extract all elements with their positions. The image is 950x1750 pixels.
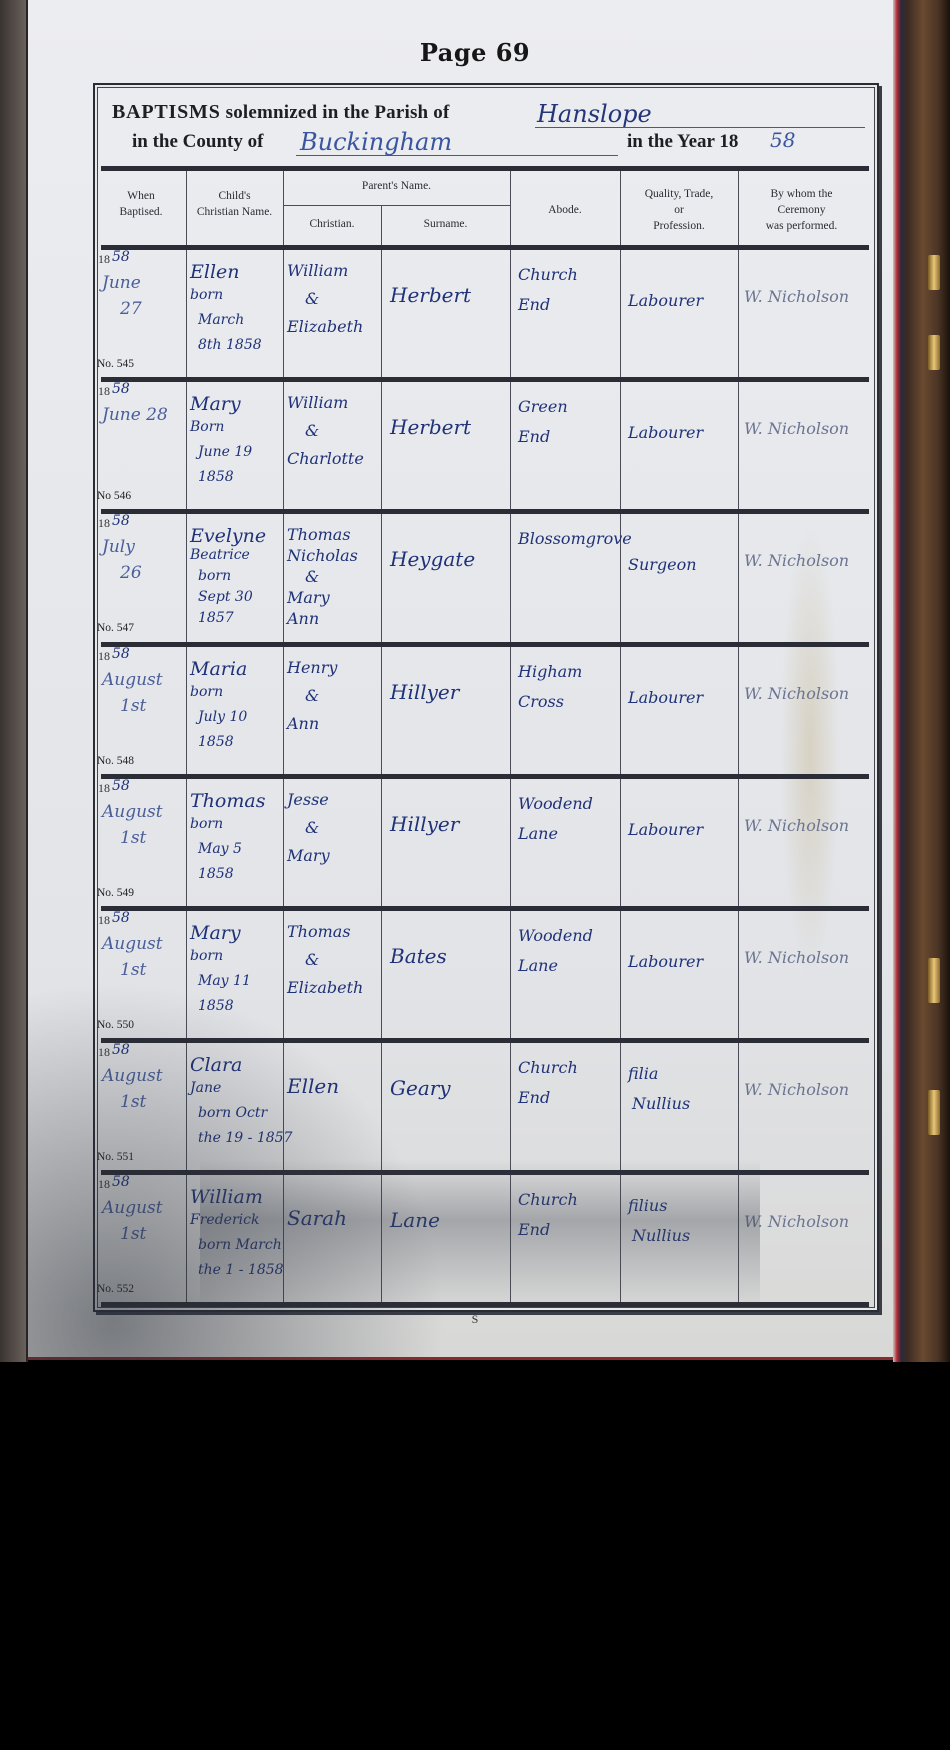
heading-parish-label: solemnized in the Parish of: [221, 102, 450, 123]
entry-abode: Blossomgrove: [518, 530, 632, 548]
column-divider: [381, 206, 382, 1306]
row-separator: [101, 642, 869, 647]
entry-child-name: 1857: [198, 610, 234, 626]
entry-parent-christian: Ann: [287, 715, 319, 733]
entry-year-handwritten: 58: [112, 646, 130, 662]
entry-number: No. 552: [97, 1283, 134, 1295]
entry-surname: Lane: [390, 1209, 440, 1232]
entry-parent-christian: Henry: [287, 659, 337, 677]
entry-year-handwritten: 58: [112, 1042, 130, 1058]
entry-surname: Hillyer: [390, 813, 459, 836]
entry-child-name: Clara: [190, 1055, 242, 1077]
entry-parent-christian: Ann: [287, 610, 319, 628]
parents-subheader-line: [283, 205, 510, 206]
entry-surname: Heygate: [390, 548, 475, 571]
entry-child-name: Evelyne: [190, 526, 266, 548]
entry-child-name: born March: [198, 1237, 282, 1253]
entry-abode: Church: [518, 1059, 578, 1077]
entry-child-name: Beatrice: [190, 547, 250, 563]
row-separator: [101, 1170, 869, 1175]
entry-date-baptised: June: [102, 274, 141, 294]
entry-parent-christian: Sarah: [287, 1207, 347, 1230]
entry-date-baptised: 1st: [120, 1225, 146, 1245]
entry-parent-christian: &: [305, 290, 319, 308]
entry-year-printed: 18: [98, 252, 110, 267]
entry-quality: Labourer: [628, 292, 703, 310]
entry-parent-christian: William: [287, 262, 348, 280]
entry-parent-christian: William: [287, 394, 348, 412]
entry-abode: Woodend: [518, 795, 593, 813]
entry-child-name: June 19: [198, 444, 252, 460]
entry-abode: Lane: [518, 957, 558, 975]
entry-child-name: William: [190, 1187, 263, 1209]
entry-year-handwritten: 58: [112, 778, 130, 794]
entry-date-baptised: August: [102, 671, 163, 691]
entry-parent-christian: Elizabeth: [287, 318, 363, 336]
row-separator: [101, 377, 869, 382]
entry-year-printed: 18: [98, 1177, 110, 1192]
register-heading-line1: BAPTISMS solemnized in the Parish of: [112, 101, 450, 124]
year-value: 58: [770, 128, 795, 152]
entry-date-baptised: 1st: [120, 961, 146, 981]
entry-surname: Hillyer: [390, 681, 459, 704]
entry-parent-christian: Nicholas: [287, 547, 358, 565]
entry-abode: Church: [518, 1191, 578, 1209]
column-parents-name: Parent's Name.: [283, 178, 510, 194]
entry-abode: End: [518, 296, 550, 314]
entry-child-name: 1858: [198, 866, 234, 882]
column-when-baptised: When Baptised.: [97, 188, 185, 220]
entry-date-baptised: August: [102, 803, 163, 823]
entry-child-name: Sept 30: [198, 589, 253, 605]
entry-number: No. 551: [97, 1151, 134, 1163]
entry-abode: End: [518, 1089, 550, 1107]
entry-parent-christian: Elizabeth: [287, 979, 363, 997]
county-label: in the County of: [132, 131, 263, 153]
column-parents-christian: Christian.: [283, 216, 381, 232]
entry-number: No. 550: [97, 1019, 134, 1031]
entry-quality: Surgeon: [628, 556, 697, 574]
year-label: in the Year 18: [627, 131, 738, 153]
entry-quality: filia: [628, 1065, 658, 1083]
book-binding: [893, 0, 950, 1362]
entry-quality: Nullius: [632, 1095, 690, 1113]
entry-child-name: the 1 - 1858: [198, 1262, 284, 1278]
entry-parent-christian: Charlotte: [287, 450, 364, 468]
entry-year-handwritten: 58: [112, 910, 130, 926]
column-parents-surname: Surname.: [381, 216, 510, 232]
entry-date-baptised: August: [102, 1199, 163, 1219]
entry-parent-christian: Mary: [287, 589, 330, 607]
entry-parent-christian: &: [305, 951, 319, 969]
row-separator: [101, 245, 869, 250]
column-abode: Abode.: [510, 202, 620, 218]
entry-child-name: May 11: [198, 973, 251, 989]
entry-surname: Herbert: [390, 416, 471, 439]
entry-year-handwritten: 58: [112, 513, 130, 529]
entry-child-name: March: [198, 312, 244, 328]
entry-abode: End: [518, 1221, 550, 1239]
brass-clasp-upper: [928, 255, 940, 290]
entry-minister-signature: W. Nicholson: [744, 1081, 849, 1099]
entry-date-baptised: 1st: [120, 697, 146, 717]
entry-number: No 546: [97, 490, 131, 502]
entry-quality: Nullius: [632, 1227, 690, 1245]
column-divider: [510, 171, 511, 1306]
column-divider: [738, 171, 739, 1306]
entry-child-name: Jane: [190, 1080, 221, 1096]
county-value: Buckingham: [300, 128, 452, 156]
entry-number: No. 547: [97, 622, 134, 634]
entry-surname: Herbert: [390, 284, 471, 307]
entry-year-printed: 18: [98, 384, 110, 399]
header-rule: [101, 166, 869, 171]
entry-child-name: born: [190, 684, 223, 700]
heading-baptisms: BAPTISMS: [112, 101, 221, 123]
entry-date-baptised: 1st: [120, 829, 146, 849]
entry-quality: filius: [628, 1197, 667, 1215]
entry-surname: Geary: [390, 1077, 451, 1100]
row-separator: [101, 509, 869, 514]
brass-clasp-lower: [928, 958, 940, 1003]
entry-child-name: 1858: [198, 734, 234, 750]
entry-number: No. 545: [97, 358, 134, 370]
entry-child-name: born: [190, 948, 223, 964]
row-separator: [101, 1038, 869, 1043]
entry-abode: Green: [518, 398, 568, 416]
entry-number: No. 548: [97, 755, 134, 767]
entry-child-name: Maria: [190, 659, 247, 681]
table-bottom-rule: [101, 1302, 869, 1307]
entry-child-name: Thomas: [190, 791, 265, 813]
entry-parent-christian: Ellen: [287, 1075, 339, 1098]
entry-quality: Labourer: [628, 953, 703, 971]
entry-abode: Higham: [518, 663, 582, 681]
brass-clasp-upper: [928, 335, 940, 370]
printer-signature-mark: S: [0, 1312, 950, 1327]
entry-child-name: the 19 - 1857: [198, 1130, 292, 1146]
entry-child-name: Mary: [190, 394, 241, 416]
entry-child-name: born: [190, 287, 223, 303]
entry-minister-signature: W. Nicholson: [744, 685, 849, 703]
column-divider: [186, 171, 187, 1306]
column-child-name: Child's Christian Name.: [186, 188, 283, 220]
entry-minister-signature: W. Nicholson: [744, 420, 849, 438]
entry-parent-christian: Mary: [287, 847, 330, 865]
entry-surname: Bates: [390, 945, 447, 968]
entry-date-baptised: June 28: [102, 406, 168, 426]
entry-child-name: Born: [190, 419, 224, 435]
entry-year-printed: 18: [98, 913, 110, 928]
left-page-edge: [0, 0, 28, 1362]
page-title: Page 69: [0, 38, 950, 67]
entry-quality: Labourer: [628, 424, 703, 442]
row-separator: [101, 906, 869, 911]
column-minister: By whom the Ceremony was performed.: [738, 186, 865, 234]
entry-parent-christian: Thomas: [287, 923, 351, 941]
entry-child-name: May 5: [198, 841, 242, 857]
entry-minister-signature: W. Nicholson: [744, 949, 849, 967]
entry-parent-christian: &: [305, 819, 319, 837]
entry-child-name: Mary: [190, 923, 241, 945]
entry-abode: Lane: [518, 825, 558, 843]
entry-date-baptised: 1st: [120, 1093, 146, 1113]
column-quality-trade: Quality, Trade, or Profession.: [620, 186, 738, 234]
entry-child-name: July 10: [198, 709, 247, 725]
entry-date-baptised: August: [102, 1067, 163, 1087]
entry-date-baptised: 27: [120, 300, 142, 320]
entry-date-baptised: 26: [120, 564, 142, 584]
entry-abode: Cross: [518, 693, 564, 711]
entry-minister-signature: W. Nicholson: [744, 552, 849, 570]
entry-year-handwritten: 58: [112, 249, 130, 265]
entry-minister-signature: W. Nicholson: [744, 288, 849, 306]
entry-child-name: 1858: [198, 998, 234, 1014]
entry-child-name: born Octr: [198, 1105, 267, 1121]
entry-child-name: 8th 1858: [198, 337, 262, 353]
entry-year-printed: 18: [98, 781, 110, 796]
entry-year-printed: 18: [98, 1045, 110, 1060]
brass-clasp-lower: [928, 1090, 940, 1135]
parish-value: Hanslope: [537, 100, 652, 128]
entry-quality: Labourer: [628, 821, 703, 839]
entry-child-name: Frederick: [190, 1212, 259, 1228]
entry-parent-christian: &: [305, 568, 319, 586]
column-divider: [620, 171, 621, 1306]
entry-date-baptised: August: [102, 935, 163, 955]
entry-year-handwritten: 58: [112, 381, 130, 397]
entry-year-handwritten: 58: [112, 1174, 130, 1190]
entry-child-name: born: [198, 568, 231, 584]
entry-quality: Labourer: [628, 689, 703, 707]
entry-abode: Church: [518, 266, 578, 284]
entry-number: No. 549: [97, 887, 134, 899]
entry-abode: Woodend: [518, 927, 593, 945]
entry-date-baptised: July: [102, 538, 135, 558]
entry-minister-signature: W. Nicholson: [744, 1213, 849, 1231]
row-separator: [101, 774, 869, 779]
entry-child-name: 1858: [198, 469, 234, 485]
entry-parent-christian: Thomas: [287, 526, 351, 544]
entry-abode: End: [518, 428, 550, 446]
entry-child-name: born: [190, 816, 223, 832]
entry-year-printed: 18: [98, 516, 110, 531]
entry-parent-christian: &: [305, 422, 319, 440]
entry-child-name: Ellen: [190, 262, 240, 284]
entry-year-printed: 18: [98, 649, 110, 664]
entry-parent-christian: Jesse: [287, 791, 329, 809]
entry-parent-christian: &: [305, 687, 319, 705]
entry-minister-signature: W. Nicholson: [744, 817, 849, 835]
